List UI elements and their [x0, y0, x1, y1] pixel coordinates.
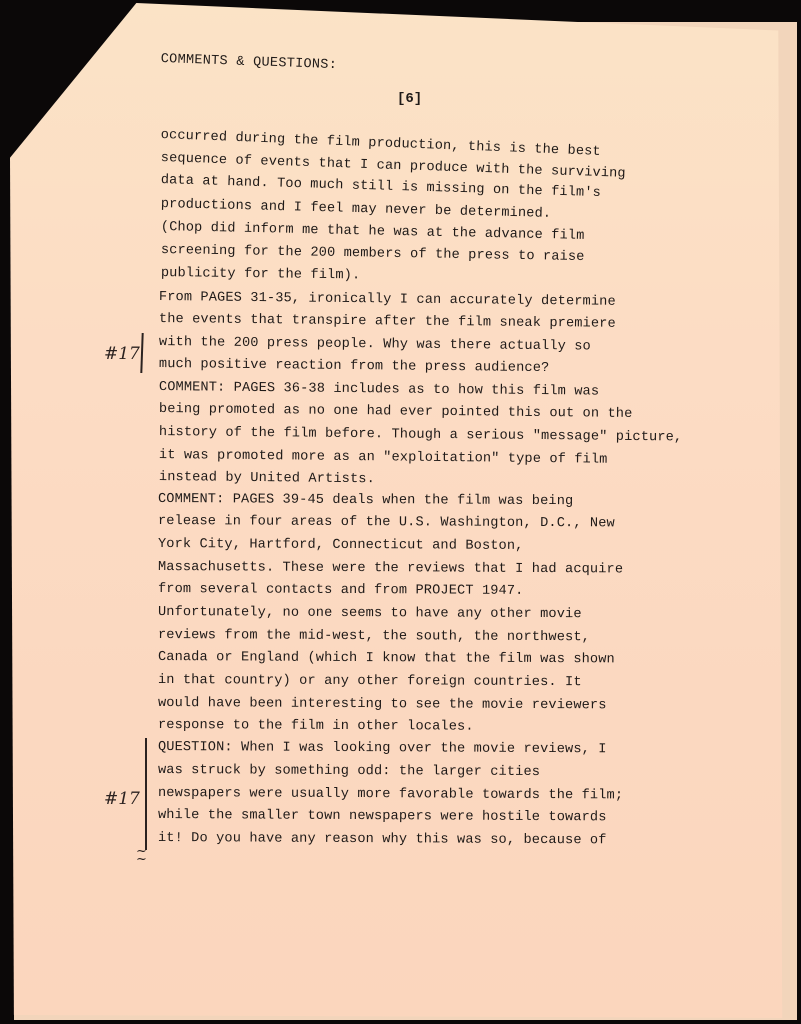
- page-content: COMMENTS & QUESTIONS: [6] occurred durin…: [0, 0, 801, 1024]
- text-line: COMMENT: PAGES 39-45 deals when the film…: [158, 492, 573, 509]
- text-line: QUESTION: When I was looking over the mo…: [158, 740, 607, 757]
- text-line: it was promoted more as an "exploitation…: [159, 448, 608, 468]
- text-line: release in four areas of the U.S. Washin…: [158, 514, 615, 531]
- text-line: From PAGES 31-35, ironically I can accur…: [159, 290, 616, 310]
- text-line: York City, Hartford, Connecticut and Bos…: [158, 537, 524, 554]
- text-line: Massachusetts. These were the reviews th…: [158, 560, 623, 577]
- text-line: it! Do you have any reason why this was …: [158, 831, 607, 848]
- text-line: screening for the 200 members of the pre…: [161, 243, 585, 265]
- text-line: Canada or England (which I know that the…: [158, 650, 615, 667]
- margin-bracket-1: [140, 333, 143, 373]
- text-line: COMMENT: PAGES 36-38 includes as to how …: [159, 380, 599, 400]
- text-line: (Chop did inform me that he was at the a…: [161, 220, 585, 244]
- text-line: the events that transpire after the film…: [159, 312, 616, 332]
- text-line: was struck by something odd: the larger …: [158, 763, 540, 780]
- text-line: while the smaller town newspapers were h…: [158, 808, 607, 825]
- text-line: being promoted as no one had ever pointe…: [159, 402, 633, 422]
- handwritten-annotation-2: #17: [104, 789, 140, 809]
- text-line: response to the film in other locales.: [158, 718, 474, 735]
- text-line: newspapers were usually more favorable t…: [158, 786, 623, 803]
- handwritten-annotation-1: #17: [104, 344, 140, 364]
- text-line: with the 200 press people. Why was there…: [159, 335, 591, 355]
- text-line: in that country) or any other foreign co…: [158, 673, 582, 690]
- page-number: [6]: [397, 91, 422, 107]
- text-line: Unfortunately, no one seems to have any …: [158, 605, 582, 622]
- text-line: instead by United Artists.: [159, 470, 375, 487]
- margin-bracket-2: [145, 738, 147, 850]
- text-line: from several contacts and from PROJECT 1…: [158, 582, 524, 599]
- squiggle-mark: ~ ~: [136, 848, 147, 864]
- text-line: publicity for the film).: [161, 266, 361, 283]
- text-line: would have been interesting to see the m…: [158, 696, 607, 713]
- text-line: history of the film before. Though a ser…: [159, 425, 683, 445]
- text-line: much positive reaction from the press au…: [159, 357, 550, 376]
- text-line: productions and I feel may never be dete…: [161, 197, 552, 222]
- text-line: reviews from the mid-west, the south, th…: [158, 628, 590, 645]
- section-heading: COMMENTS & QUESTIONS:: [160, 52, 337, 73]
